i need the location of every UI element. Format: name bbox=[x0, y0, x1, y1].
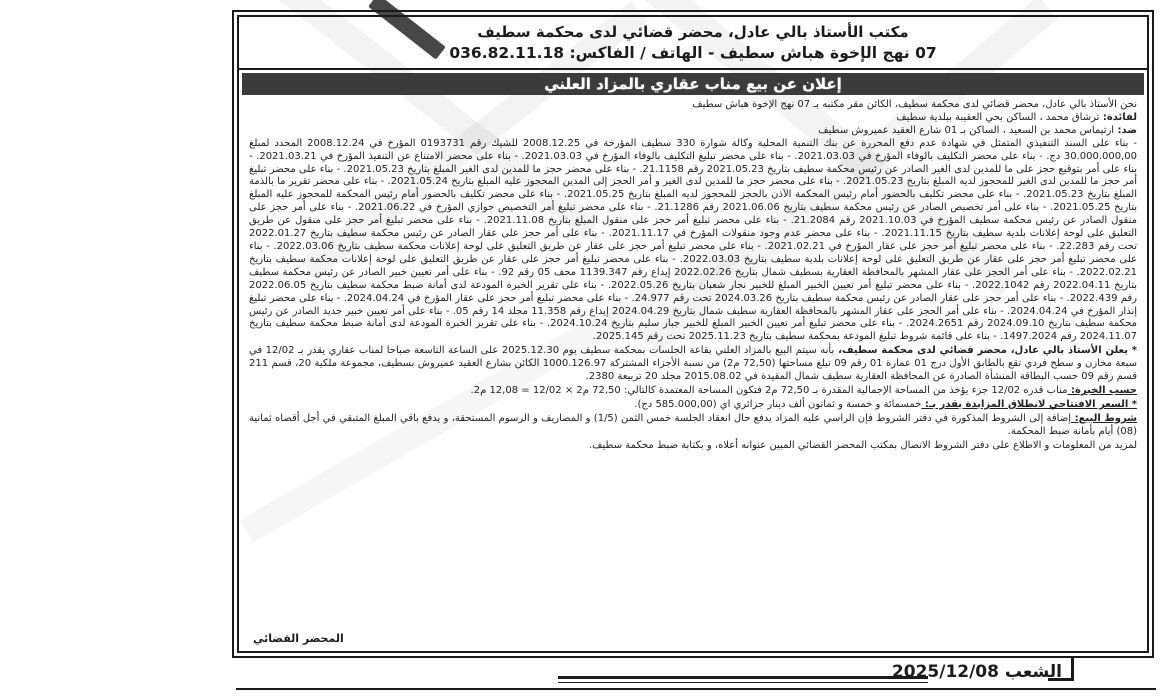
procedural-history-paragraph: - بناء على السند التنفيذي المتمثل في شها… bbox=[249, 138, 1137, 345]
notice-body: نحن الأستاذ بالي عادل، محضر قضائي لدى مح… bbox=[239, 95, 1147, 452]
expertise-paragraph: حسب الخبرة: مناب قدره 12/02 جزء يؤخذ من … bbox=[249, 385, 1137, 398]
sale-terms-label: شروط البيع: bbox=[1071, 413, 1137, 424]
scanned-page: مكتب الأستاذ بالي عادل، محضر قضائي لدى م… bbox=[0, 0, 1166, 696]
debtor-line: ضد: ارتيماس محمد بن السعيد ، الساكن بـ 0… bbox=[249, 125, 1137, 138]
creditor-label: لفائدة: bbox=[1099, 112, 1137, 123]
announcement-lead: * يعلن الأستاذ بالي عادل، محضر قضائي لدى… bbox=[834, 345, 1137, 356]
debtor-label: ضد: bbox=[1114, 125, 1137, 136]
notice-title-bar: إعلان عن بيع مناب عقاري بالمزاد العلني bbox=[242, 73, 1144, 95]
opening-price-label: * السعر الافتتاحي لانطلاق المزايدة يقدر … bbox=[921, 399, 1137, 410]
notice-document-frame: مكتب الأستاذ بالي عادل، محضر قضائي لدى م… bbox=[232, 10, 1154, 658]
more-info-line: لمزيد من المعلومات و الاطلاع على دفتر ال… bbox=[249, 440, 1137, 453]
header-divider bbox=[239, 68, 1147, 70]
opening-price-text: خمسمائة و خمسة و ثمانون ألف دينار جزائري… bbox=[634, 399, 921, 410]
debtor-name: ارتيماس محمد بن السعيد ، الساكن بـ 01 شا… bbox=[818, 125, 1114, 136]
footer-rule-thin bbox=[558, 682, 928, 683]
sale-terms-text: إضافة إلى الشروط المذكورة في دفتر الشروط… bbox=[249, 413, 1137, 437]
footer-rule bbox=[558, 676, 928, 679]
expertise-label: حسب الخبرة: bbox=[1067, 385, 1137, 396]
notice-document: مكتب الأستاذ بالي عادل، محضر قضائي لدى م… bbox=[237, 15, 1149, 653]
publication-date-value: 2025/12/08 bbox=[892, 662, 999, 682]
creditor-line: لفائدة: ترشاق محمد ، الساكن بحي العقيبة … bbox=[249, 112, 1137, 125]
newspaper-footer: الشعب 2025/12/08 bbox=[0, 658, 1166, 696]
office-name-line: مكتب الأستاذ بالي عادل، محضر قضائي لدى م… bbox=[239, 22, 1147, 43]
expertise-text: مناب قدره 12/02 جزء يؤخذ من المساحة الإج… bbox=[471, 385, 1068, 396]
publication-date: الشعب 2025/12/08 bbox=[892, 662, 1062, 682]
creditor-name: ترشاق محمد ، الساكن بحي العقيبة ببلدية س… bbox=[896, 112, 1099, 123]
bailiff-signature: المحضر القضائي bbox=[253, 632, 344, 645]
office-header: مكتب الأستاذ بالي عادل، محضر قضائي لدى م… bbox=[239, 17, 1147, 64]
auction-announcement-paragraph: * يعلن الأستاذ بالي عادل، محضر قضائي لدى… bbox=[249, 345, 1137, 384]
sale-terms-paragraph: شروط البيع: إضافة إلى الشروط المذكورة في… bbox=[249, 413, 1137, 439]
bailiff-intro-line: نحن الأستاذ بالي عادل، محضر قضائي لدى مح… bbox=[249, 99, 1137, 112]
footer-bottom-rule bbox=[236, 688, 1156, 690]
office-address-line: 07 نهج الإخوة هباش سطيف - الهاتف / الفاك… bbox=[239, 43, 1147, 64]
footer-bracket bbox=[1071, 658, 1074, 680]
opening-price-paragraph: * السعر الافتتاحي لانطلاق المزايدة يقدر … bbox=[249, 399, 1137, 412]
newspaper-name: الشعب bbox=[1005, 662, 1062, 682]
